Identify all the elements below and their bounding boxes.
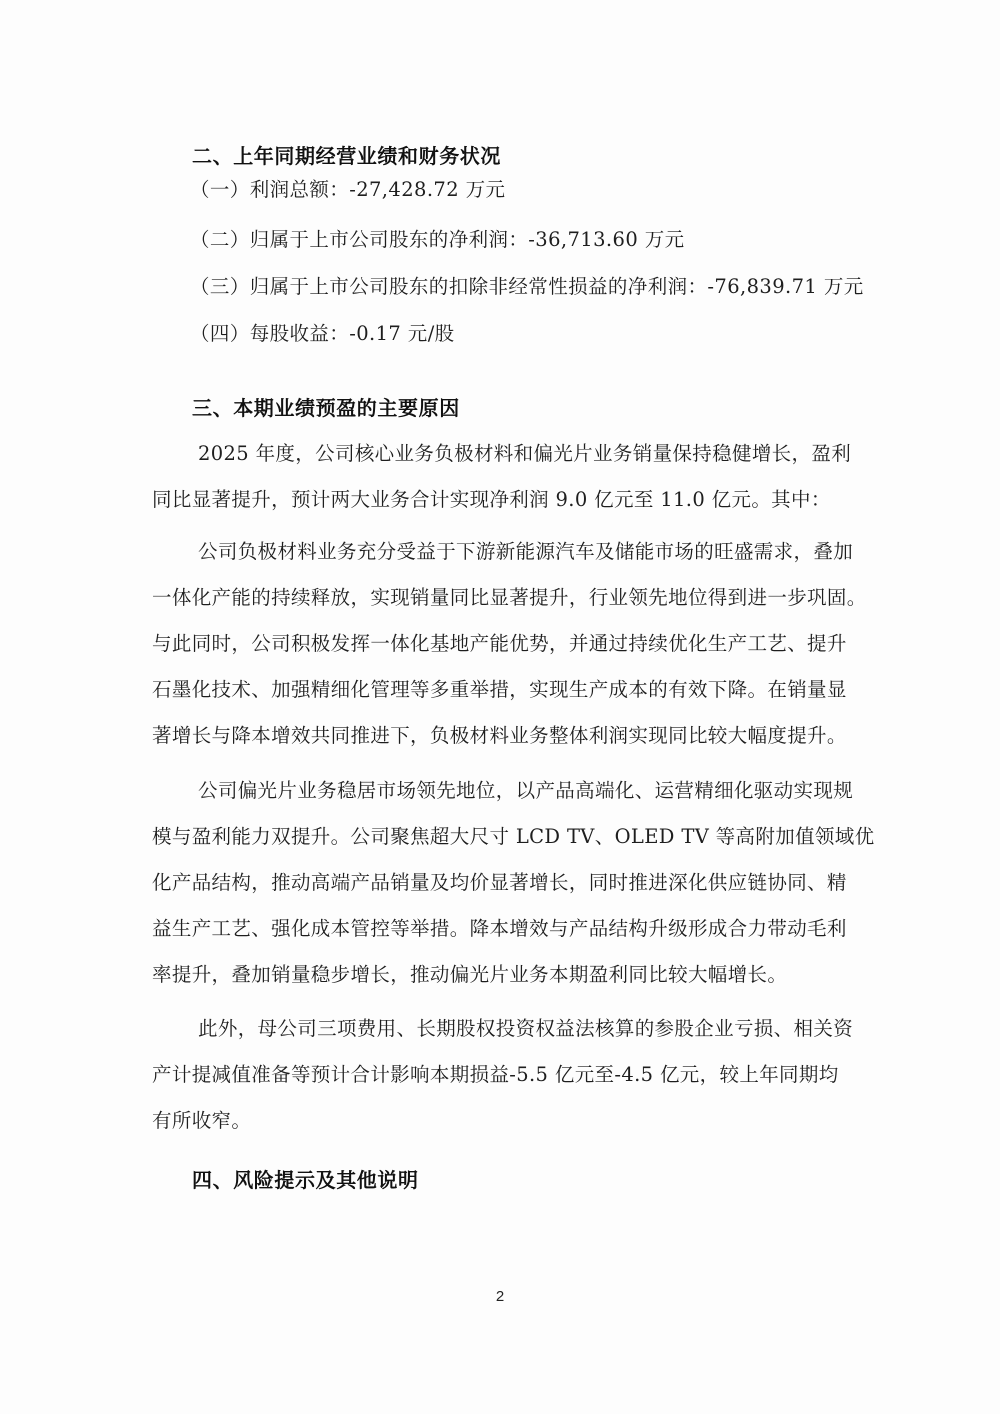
paragraph-line: 模与盈利能力双提升。公司聚焦超大尺寸 LCD TV、OLED TV 等高附加值领… [152,814,852,860]
document-page: 二、上年同期经营业绩和财务状况 （一）利润总额：-27,428.72 万元 （二… [0,0,1000,1414]
page-number: 2 [0,1288,1000,1305]
paragraph-line: 公司负极材料业务充分受益于下游新能源汽车及储能市场的旺盛需求，叠加 [152,529,852,575]
paragraph-line: 化产品结构，推动高端产品销量及均价显著增长，同时推进深化供应链协同、精 [152,860,852,906]
paragraph-line: 此外，母公司三项费用、长期股权投资权益法核算的参股企业亏损、相关资 [152,1006,852,1052]
item-earnings-per-share: （四）每股收益：-0.17 元/股 [190,320,455,348]
paragraph-polarizer: 公司偏光片业务稳居市场领先地位，以产品高端化、运营精细化驱动实现规 模与盈利能力… [152,768,852,998]
paragraph-line: 2025 年度，公司核心业务负极材料和偏光片业务销量保持稳健增长，盈利 [152,431,852,477]
paragraph-line: 著增长与降本增效共同推进下，负极材料业务整体利润实现同比较大幅度提升。 [152,713,852,759]
section-heading-risk-notes: 四、风险提示及其他说明 [192,1166,419,1194]
paragraph-overview: 2025 年度，公司核心业务负极材料和偏光片业务销量保持稳健增长，盈利 同比显著… [152,431,852,523]
paragraph-line: 与此同时，公司积极发挥一体化基地产能优势，并通过持续优化生产工艺、提升 [152,621,852,667]
paragraph-other-impacts: 此外，母公司三项费用、长期股权投资权益法核算的参股企业亏损、相关资 产计提减值准… [152,1006,852,1144]
paragraph-line: 产计提减值准备等预计合计影响本期损益-5.5 亿元至-4.5 亿元，较上年同期均 [152,1052,852,1098]
section-heading-main-reasons: 三、本期业绩预盈的主要原因 [192,394,460,422]
paragraph-line: 一体化产能的持续释放，实现销量同比显著提升，行业领先地位得到进一步巩固。 [152,575,852,621]
paragraph-line: 率提升，叠加销量稳步增长，推动偏光片业务本期盈利同比较大幅增长。 [152,952,852,998]
item-total-profit: （一）利润总额：-27,428.72 万元 [190,176,505,204]
item-net-profit-excluding-nonrecurring: （三）归属于上市公司股东的扣除非经常性损益的净利润：-76,839.71 万元 [190,273,864,301]
paragraph-line: 益生产工艺、强化成本管控等举措。降本增效与产品结构升级形成合力带动毛利 [152,906,852,952]
paragraph-line: 同比显著提升，预计两大业务合计实现净利润 9.0 亿元至 11.0 亿元。其中： [152,477,852,523]
paragraph-line: 石墨化技术、加强精细化管理等多重举措，实现生产成本的有效下降。在销量显 [152,667,852,713]
paragraph-line: 公司偏光片业务稳居市场领先地位，以产品高端化、运营精细化驱动实现规 [152,768,852,814]
paragraph-line: 有所收窄。 [152,1098,852,1144]
paragraph-anode-materials: 公司负极材料业务充分受益于下游新能源汽车及储能市场的旺盛需求，叠加 一体化产能的… [152,529,852,759]
item-net-profit-attributable: （二）归属于上市公司股东的净利润：-36,713.60 万元 [190,226,685,254]
section-heading-prior-period: 二、上年同期经营业绩和财务状况 [192,142,501,170]
